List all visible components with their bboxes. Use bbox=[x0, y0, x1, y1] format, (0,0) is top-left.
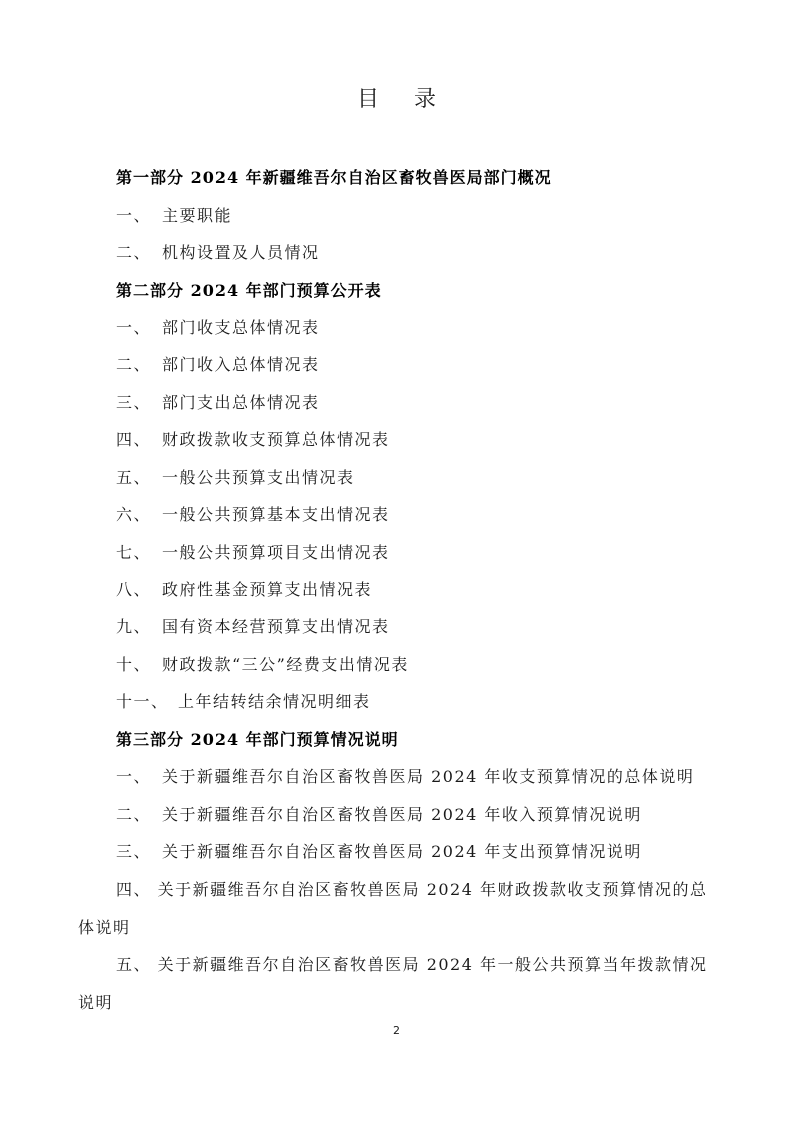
item-text: 机构设置及人员情况 bbox=[162, 243, 320, 262]
toc-item[interactable]: 十一、上年结转结余情况明细表 bbox=[116, 692, 371, 712]
item-text: 政府性基金预算支出情况表 bbox=[162, 580, 372, 599]
item-text: 部门收入总体情况表 bbox=[162, 355, 320, 374]
toc-item[interactable]: 二、关于新疆维吾尔自治区畜牧兽医局 2024 年收入预算情况说明 bbox=[116, 805, 642, 825]
toc-item[interactable]: 三、部门支出总体情况表 bbox=[116, 393, 320, 413]
item-text: 一般公共预算基本支出情况表 bbox=[162, 505, 390, 524]
item-number: 一、 bbox=[116, 318, 162, 338]
item-number: 十、 bbox=[116, 655, 162, 675]
toc-item[interactable]: 六、一般公共预算基本支出情况表 bbox=[116, 505, 390, 525]
item-number: 九、 bbox=[116, 617, 162, 637]
item-number: 三、 bbox=[116, 842, 162, 862]
toc-item[interactable]: 九、国有资本经营预算支出情况表 bbox=[116, 617, 390, 637]
item-number: 五、 bbox=[116, 955, 151, 974]
toc-item[interactable]: 一、部门收支总体情况表 bbox=[116, 318, 320, 338]
toc-item[interactable]: 一、关于新疆维吾尔自治区畜牧兽医局 2024 年收支预算情况的总体说明 bbox=[116, 767, 694, 787]
toc-item[interactable]: 十、财政拨款“三公”经费支出情况表 bbox=[116, 655, 409, 675]
toc-item[interactable]: 二、部门收入总体情况表 bbox=[116, 355, 320, 375]
item-number: 四、 bbox=[116, 880, 151, 899]
item-number: 十一、 bbox=[116, 692, 178, 712]
item-number: 三、 bbox=[116, 393, 162, 413]
toc-item[interactable]: 四、财政拨款收支预算总体情况表 bbox=[116, 430, 390, 450]
item-number: 四、 bbox=[116, 430, 162, 450]
item-text: 关于新疆维吾尔自治区畜牧兽医局 2024 年收支预算情况的总体说明 bbox=[162, 767, 694, 786]
item-text: 关于新疆维吾尔自治区畜牧兽医局 2024 年收入预算情况说明 bbox=[162, 805, 642, 824]
toc-item[interactable]: 三、关于新疆维吾尔自治区畜牧兽医局 2024 年支出预算情况说明 bbox=[116, 842, 642, 862]
item-number: 一、 bbox=[116, 206, 162, 226]
item-number: 二、 bbox=[116, 243, 162, 263]
item-text: 关于新疆维吾尔自治区畜牧兽医局 2024 年一般公共预算当年拨款情况说明 bbox=[78, 955, 708, 1012]
item-text: 一般公共预算支出情况表 bbox=[162, 468, 355, 487]
item-text: 主要职能 bbox=[162, 206, 232, 225]
item-number: 五、 bbox=[116, 468, 162, 488]
item-text: 关于新疆维吾尔自治区畜牧兽医局 2024 年支出预算情况说明 bbox=[162, 842, 642, 861]
item-text: 关于新疆维吾尔自治区畜牧兽医局 2024 年财政拨款收支预算情况的总体说明 bbox=[78, 880, 708, 937]
item-text: 一般公共预算项目支出情况表 bbox=[162, 543, 390, 562]
item-number: 八、 bbox=[116, 580, 162, 600]
toc-item[interactable]: 一、主要职能 bbox=[116, 206, 232, 226]
item-text: 财政拨款收支预算总体情况表 bbox=[162, 430, 390, 449]
item-number: 六、 bbox=[116, 505, 162, 525]
toc-item[interactable]: 二、机构设置及人员情况 bbox=[116, 243, 320, 263]
part2-heading[interactable]: 第二部分 2024 年部门预算公开表 bbox=[116, 281, 382, 301]
toc-item-wrapped[interactable]: 五、 关于新疆维吾尔自治区畜牧兽医局 2024 年一般公共预算当年拨款情况说明 bbox=[78, 946, 718, 1022]
part1-heading[interactable]: 第一部分 2024 年新疆维吾尔自治区畜牧兽医局部门概况 bbox=[116, 168, 552, 188]
item-number: 二、 bbox=[116, 805, 162, 825]
page-title: 目 录 bbox=[0, 82, 793, 113]
item-text: 国有资本经营预算支出情况表 bbox=[162, 617, 390, 636]
item-text: 财政拨款“三公”经费支出情况表 bbox=[162, 655, 409, 674]
page-number: 2 bbox=[0, 1024, 793, 1037]
item-number: 七、 bbox=[116, 543, 162, 563]
item-text: 上年结转结余情况明细表 bbox=[178, 692, 371, 711]
toc-item[interactable]: 七、一般公共预算项目支出情况表 bbox=[116, 543, 390, 563]
toc-item[interactable]: 八、政府性基金预算支出情况表 bbox=[116, 580, 372, 600]
toc-item-wrapped[interactable]: 四、 关于新疆维吾尔自治区畜牧兽医局 2024 年财政拨款收支预算情况的总体说明 bbox=[78, 871, 718, 947]
item-text: 部门收支总体情况表 bbox=[162, 318, 320, 337]
item-number: 一、 bbox=[116, 767, 162, 787]
item-text: 部门支出总体情况表 bbox=[162, 393, 320, 412]
item-number: 二、 bbox=[116, 355, 162, 375]
toc-item[interactable]: 五、一般公共预算支出情况表 bbox=[116, 468, 355, 488]
part3-heading[interactable]: 第三部分 2024 年部门预算情况说明 bbox=[116, 730, 399, 750]
